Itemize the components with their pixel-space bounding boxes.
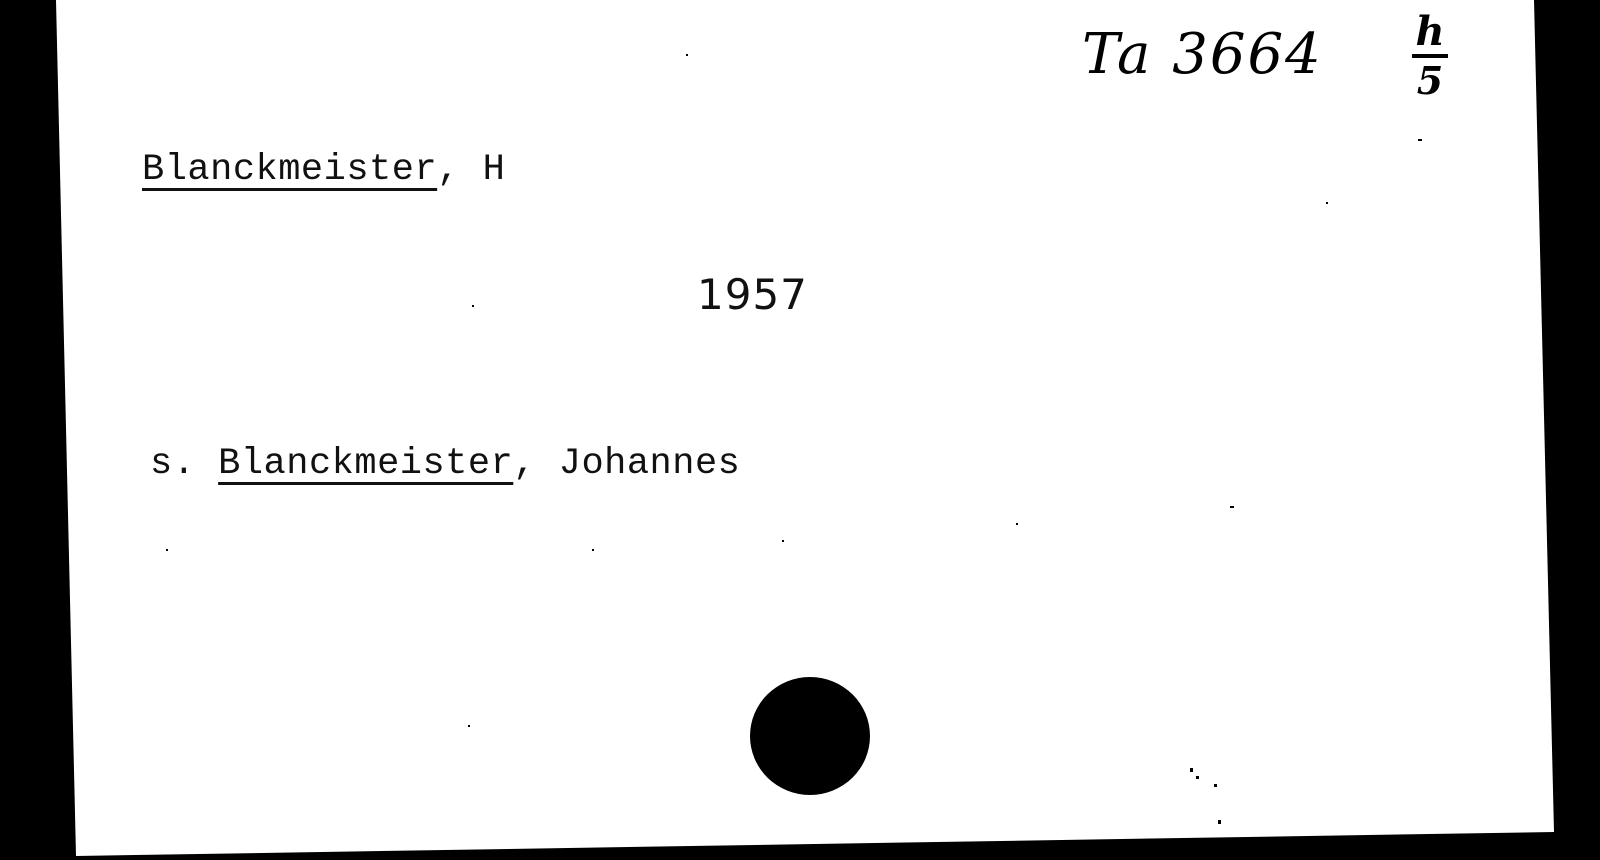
see-reference: s. Blanckmeister, Johannes	[150, 446, 740, 483]
reference-given-name: Johannes	[559, 443, 741, 485]
speck	[1418, 139, 1422, 141]
fraction-numerator: h	[1408, 12, 1452, 52]
heading-surname: Blanckmeister	[142, 149, 437, 191]
heading-initial: H	[483, 149, 506, 191]
heading-entry: Blanckmeister, H	[142, 152, 505, 189]
speck	[1016, 523, 1018, 525]
see-label: s.	[150, 443, 195, 485]
fraction-denominator: 5	[1408, 62, 1452, 100]
publication-year: 1957	[697, 270, 808, 319]
reference-separator: ,	[513, 443, 536, 485]
reference-surname: Blanckmeister	[218, 443, 513, 485]
heading-separator: ,	[437, 149, 460, 191]
call-number: Ta 3664	[1082, 22, 1323, 87]
catalog-card: Ta 3664 h 5 Blanckmeister, H 1957 s. Bla…	[0, 0, 1600, 860]
speck	[1218, 820, 1221, 824]
call-number-prefix: Ta 3664	[1082, 22, 1323, 87]
speck	[1214, 784, 1217, 787]
speck	[166, 549, 168, 551]
speck	[1326, 202, 1328, 204]
speck	[1190, 768, 1193, 772]
speck	[782, 540, 784, 542]
speck	[1196, 776, 1199, 779]
speck	[468, 725, 470, 727]
punch-hole	[750, 677, 870, 795]
speck	[472, 305, 474, 307]
speck	[686, 54, 688, 56]
call-number-fraction: h 5	[1408, 12, 1452, 100]
scan-background: Ta 3664 h 5 Blanckmeister, H 1957 s. Bla…	[0, 0, 1600, 860]
speck	[1230, 506, 1234, 508]
speck	[592, 549, 594, 551]
